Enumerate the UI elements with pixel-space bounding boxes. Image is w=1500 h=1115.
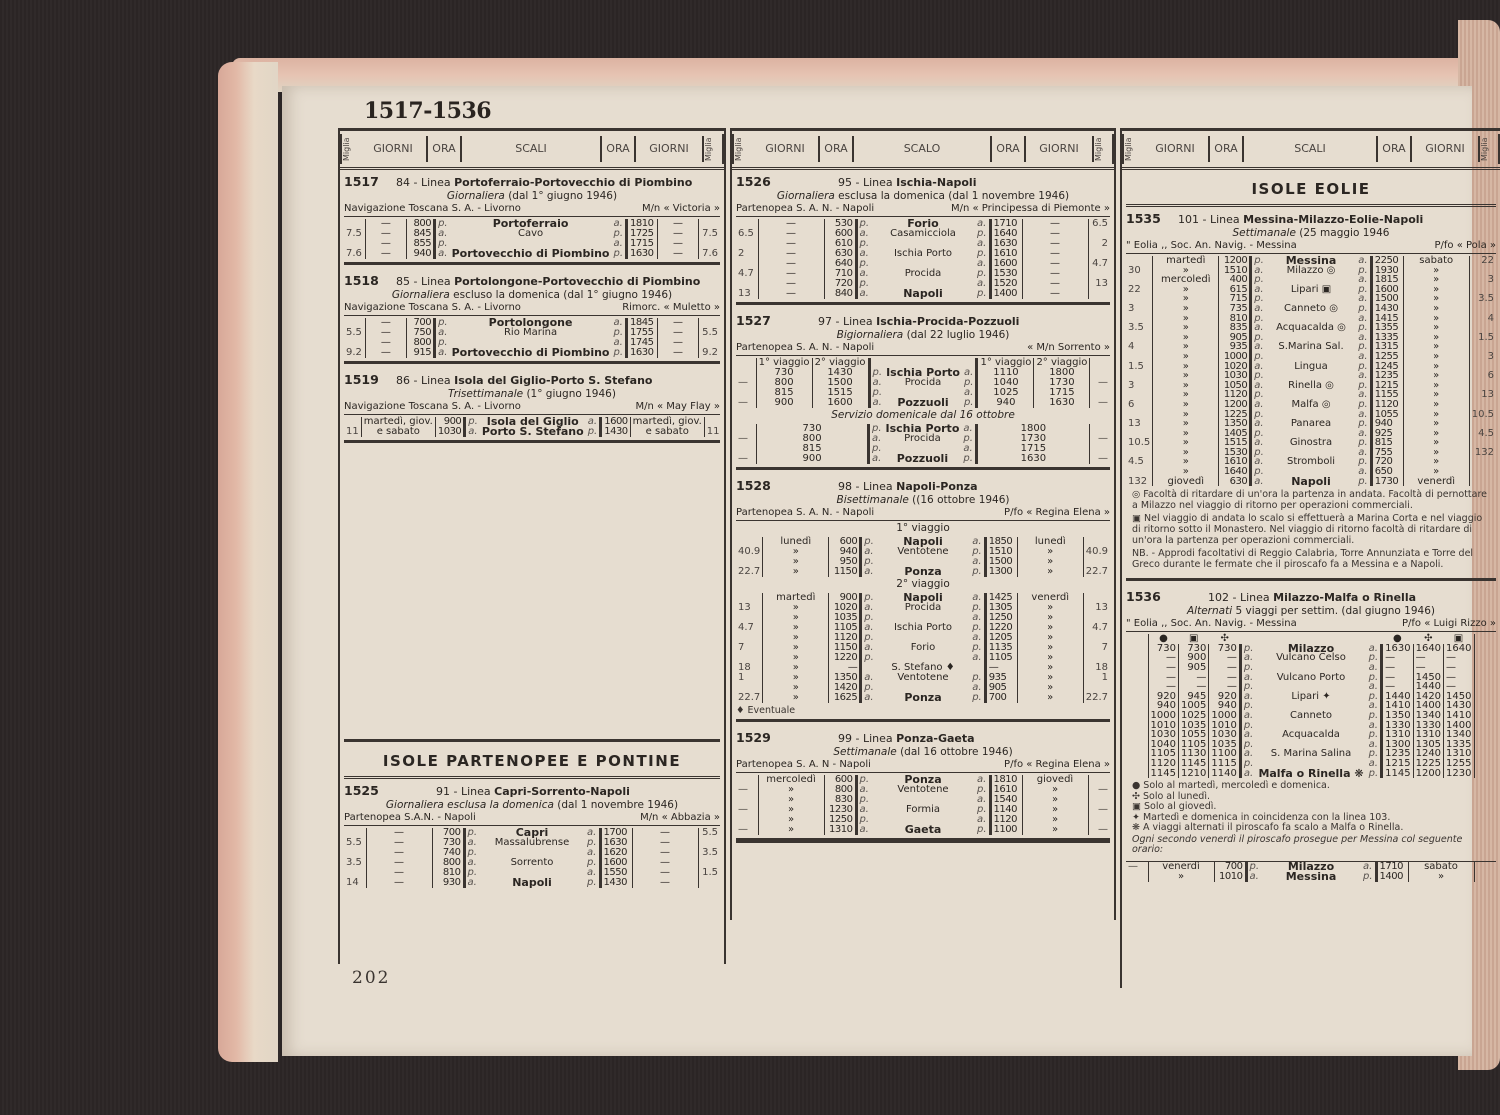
vessel: M/n « Abbazia » (640, 812, 720, 823)
time-return: 1630 (627, 348, 658, 358)
days-return: — (632, 878, 698, 888)
vessel: M/n « May Flay » (635, 401, 720, 412)
schedule-table: —700p.Portolongonea.1845—5.5—750a.Rio Ma… (344, 318, 720, 358)
book-page-edges-left (218, 62, 278, 1062)
distance-outbound: — (736, 378, 756, 388)
distance-outbound (1126, 759, 1148, 769)
time-trip-2: 1600 (812, 398, 869, 408)
port-name: Pozzuoli (884, 454, 962, 464)
eventuale-note: ♦ Eventuale (736, 705, 1110, 716)
arr-dep-flag: a. (856, 289, 871, 299)
time-trip-1: 900 (756, 398, 812, 408)
days-return: » (1017, 567, 1083, 577)
miglia-header: Miglia (704, 134, 724, 164)
giorni-header: GIORNI (1142, 136, 1210, 162)
line-number: 101 - Linea (1178, 213, 1240, 226)
miglia-header: Miglia (1094, 134, 1114, 164)
port-name: S.Marina Sal. (1266, 342, 1356, 352)
timetable-row: 5.5—750a.Rio Marinap.1755—5.5 (344, 328, 720, 338)
distance-outbound: 3 (1126, 381, 1153, 391)
section-1535: 1535 101 - Linea Messina-Milazzo-Eolie-N… (1122, 207, 1500, 581)
port-name: Portovecchio di Piombino (450, 249, 612, 259)
schedule-table: —530p.Forioa.1710—6.56.5—600a.Casamiccio… (736, 219, 1110, 299)
time-return: 1730 (1371, 477, 1403, 487)
timetable-row: 11e sabato1030a.Porto S. Stefanop.1430e … (344, 427, 722, 437)
ora-header: ORA (602, 136, 636, 162)
time-outbound: 1150 (829, 567, 861, 577)
distance-return: — (1089, 434, 1110, 444)
operator: " Eolia ,, Soc. An. Navig. - Messina (1126, 240, 1297, 251)
distance-outbound: 6.5 (736, 229, 758, 239)
port-name: Malfa o Rinella ❋ (1255, 769, 1366, 779)
distance-return: 10.5 (1469, 410, 1496, 420)
arr-dep-flag: p. (586, 427, 601, 437)
port-name: Porto S. Stefano (480, 427, 586, 437)
distance-return (1474, 653, 1496, 663)
validity: ((16 ottobre 1946) (912, 494, 1009, 506)
timetable-row: 6»1200a.Malfa ◎p.1120» (1126, 400, 1496, 410)
sunday-schedule-table: 730p.Ischia Portoa.1800—800a.Procidap.17… (736, 424, 1110, 464)
distance-return: 4.7 (1088, 259, 1110, 269)
distance-return: — (1090, 398, 1110, 408)
distance-return: — (1089, 454, 1110, 464)
validity: (1° giugno 1946) (526, 388, 616, 400)
arr-dep-flag: a. (464, 878, 479, 888)
schedule-table-trip-1: lunedì600p.Napolia.1850lunedì40.9»940a.V… (736, 537, 1110, 577)
timetable-row: —9001600a.Pozzuolip.9401630— (736, 398, 1110, 408)
distance-return: 11 (704, 427, 721, 437)
distance-outbound: 4.7 (736, 623, 763, 633)
time-return: 1630 (976, 454, 1089, 464)
time-return: 1430 (601, 427, 630, 437)
blank-bleed-through-area (340, 447, 724, 739)
port-name: Napoli (871, 289, 975, 299)
time-outbound: 915 (407, 348, 435, 358)
timetable-row: —800a.Procidap.1730— (736, 434, 1110, 444)
port-name: Acquacalda ◎ (1266, 323, 1356, 333)
days-return: — (657, 249, 698, 259)
time-outbound: 930 (432, 878, 464, 888)
time-return: 1400 (1376, 872, 1408, 882)
port-name: Forio (876, 643, 970, 653)
frequency: Settimanale (833, 746, 896, 758)
time-return-c: 1230 (1444, 769, 1474, 779)
page-range-header: 1517-1536 (364, 98, 491, 124)
time-outbound: 1310 (824, 825, 856, 835)
validity: esclusa la domenica (dal 1 novembre 1946… (838, 190, 1069, 202)
frequency: Giornaliera (777, 190, 835, 202)
distance-return: 2 (1088, 239, 1110, 249)
operator: Navigazione Toscana S. A. - Livorno (344, 302, 521, 313)
distance-return (1474, 711, 1496, 721)
distance-return (1088, 289, 1110, 299)
days-outbound: — (758, 289, 824, 299)
days-outbound: » (763, 567, 829, 577)
giorni-header: GIORNI (636, 136, 704, 162)
arr-dep-flag: p. (970, 693, 985, 703)
distance-outbound: 4.7 (736, 269, 758, 279)
distance-return: 13 (1088, 279, 1110, 289)
schedule-table: mercoledì600p.Ponzaa.1810giovedì—»800a.V… (736, 775, 1110, 835)
distance-return (1474, 861, 1496, 872)
arr-dep-flag: p. (975, 825, 990, 835)
time-return-b: 1200 (1413, 769, 1443, 779)
days-outbound: — (366, 878, 432, 888)
distance-outbound: 4.5 (1126, 457, 1153, 467)
section-divider (344, 262, 720, 265)
distance-return (1474, 663, 1496, 673)
distance-outbound: 2 (736, 249, 758, 259)
distance-outbound (1126, 682, 1148, 692)
time-return-trip-1: 940 (977, 398, 1034, 408)
footnote-nb: NB. - Approdi facoltativi di Reggio Cala… (1132, 548, 1490, 570)
distance-outbound (1126, 872, 1148, 882)
distance-outbound (1126, 663, 1148, 673)
distance-outbound: 1.5 (1126, 362, 1153, 372)
friday-extension-table: —venerdì700p.Milazzoa.1710sabato»1010a.M… (1126, 861, 1496, 882)
distance-outbound: 9.2 (344, 348, 365, 358)
section-divider (736, 467, 1110, 470)
footnote-delay-symbol: ◎ Facoltà di ritardare di un'ora la part… (1132, 489, 1490, 511)
days-return: » (1408, 872, 1474, 882)
distance-return: 22.7 (1083, 693, 1110, 703)
section-number: 1518 (344, 273, 386, 288)
line-number: 99 - Linea (838, 732, 893, 745)
timetable-row: 4»935a.S.Marina Sal.p.1315» (1126, 342, 1496, 352)
timetable-row: 22.7»1625a.Ponzap.700»22.7 (736, 693, 1110, 703)
vessel: P/fo « Pola » (1434, 240, 1496, 251)
section-1526: 1526 95 - Linea Ischia-Napoli Giornalier… (732, 170, 1114, 305)
distance-outbound (1126, 692, 1148, 702)
distance-return (1474, 749, 1496, 759)
validity: (dal 1 novembre 1946) (557, 799, 678, 811)
section-1519: 1519 86 - Linea Isola del Giglio-Porto S… (340, 368, 724, 443)
distance-outbound: — (1126, 861, 1148, 872)
trip-1-label: 1° viaggio (736, 521, 1110, 535)
port-name: Lipari ▣ (1266, 285, 1356, 295)
distance-outbound: 22.7 (736, 693, 763, 703)
timetable-row: 13»1350a.Panareap.940» (1126, 419, 1496, 429)
port-name: Lipari ✦ (1255, 692, 1366, 702)
distance-return: 4 (1469, 314, 1496, 324)
line-number: 84 - Linea (396, 176, 451, 189)
arr-dep-flag: a. (868, 454, 883, 464)
section-1518: 1518 85 - Linea Portolongone-Portovecchi… (340, 269, 724, 364)
distance-return: 7.6 (699, 249, 720, 259)
days-return: e sabato (630, 427, 704, 437)
distance-outbound: 13 (1126, 419, 1153, 429)
scali-header: SCALI (462, 136, 602, 162)
port-name: Sorrento (479, 858, 585, 868)
vessel: P/fo « Luigi Rizzo » (1402, 618, 1496, 629)
arr-dep-flag: a. (861, 693, 876, 703)
distance-return (1474, 730, 1496, 740)
distance-return (1474, 673, 1496, 683)
section-number: 1525 (344, 783, 386, 798)
section-number: 1536 (1126, 589, 1168, 604)
port-name: Portovecchio di Piombino (450, 348, 612, 358)
arr-dep-flag: a. (465, 427, 480, 437)
port-name: Pozzuoli (884, 398, 962, 408)
distance-return: — (1088, 805, 1110, 815)
miglia-header: Miglia (1480, 134, 1500, 164)
port-name: Formia (871, 805, 975, 815)
distance-return: 5.5 (698, 828, 720, 838)
schedule-table: martedì, giov.900p.Isola del Giglioa.160… (344, 417, 722, 437)
timetable-row: 7.6—940a.Portovecchio di Piombinop.1630—… (344, 249, 720, 259)
time-outbound: 1030 (435, 427, 464, 437)
region-title-partenopee: ISOLE PARTENOPEE E PONTINE (344, 739, 720, 779)
section-number: 1526 (736, 174, 778, 189)
time-return-a: 1145 (1382, 769, 1413, 779)
ora-header: ORA (992, 136, 1026, 162)
distance-return: 1 (1083, 673, 1110, 683)
timetable-row: 1.5»1020a.Linguap.1245» (1126, 362, 1496, 372)
arr-dep-flag: a. (1251, 477, 1266, 487)
scali-header: SCALI (1244, 136, 1378, 162)
distance-outbound: 5.5 (344, 328, 365, 338)
operator: Navigazione Toscana S. A. - Livorno (344, 401, 521, 412)
scalo-header: SCALO (854, 136, 992, 162)
port-name: Vulcano Porto (1255, 673, 1366, 683)
section-number: 1517 (344, 174, 386, 189)
distance-return (1474, 759, 1496, 769)
port-name: Lingua (1266, 362, 1356, 372)
distance-return (1474, 769, 1496, 779)
legend-1536: ● Solo al martedì, mercoledì e domenica.… (1126, 778, 1496, 859)
arr-dep-flag: a. (435, 348, 450, 358)
route-name: Napoli-Ponza (896, 480, 977, 493)
distance-return: 5.5 (699, 328, 720, 338)
giorni-header: GIORNI (752, 136, 820, 162)
operator: Partenopea S.A.N. - Napoli (344, 812, 476, 823)
port-name: Napoli (479, 878, 585, 888)
section-number: 1529 (736, 730, 778, 745)
distance-outbound: 5.5 (344, 838, 366, 848)
schedule-table-two-trips: 1° viaggio 2° viaggio 1° viaggio 2° viag… (736, 358, 1110, 408)
port-name: Milazzo ◎ (1266, 266, 1356, 276)
arr-dep-flag: p. (612, 348, 627, 358)
route-name: Isola del Giglio-Porto S. Stefano (454, 374, 652, 387)
distance-outbound (1126, 730, 1148, 740)
arr-dep-flag: a. (856, 825, 871, 835)
time-return: 1300 (985, 567, 1017, 577)
schedule-table-three-services: ● ▣ ✣ ● ✣ ▣ 730730730p.Milazzoa.16301640… (1126, 634, 1496, 778)
port-name: Procida (884, 434, 962, 444)
distance-return: 7 (1083, 643, 1110, 653)
port-name: Gaeta (871, 825, 975, 835)
route-name: Capri-Sorrento-Napoli (494, 785, 630, 798)
legend-asterisk: ❋ A viaggi alternati il piroscafo fa sca… (1132, 823, 1490, 834)
port-name: S. Marina Salina (1255, 749, 1366, 759)
operator: Partenopea S. A. N. - Napoli (736, 203, 874, 214)
arr-dep-flag: p. (585, 878, 600, 888)
section-divider (344, 440, 720, 443)
arr-dep-flag: p. (1356, 477, 1371, 487)
section-divider (1126, 578, 1496, 581)
line-number: 102 - Linea (1208, 591, 1270, 604)
port-name: Ventotene (876, 673, 970, 683)
section-number: 1519 (344, 372, 386, 387)
distance-outbound: 11 (344, 427, 361, 437)
route-name: Ischia-Napoli (896, 176, 976, 189)
distance-return: 3.5 (698, 848, 720, 858)
section-divider (736, 302, 1110, 305)
schedule-table: —800p.Portoferraioa.1810—7.5—845a.Cavop.… (344, 219, 720, 259)
days-return: — (1022, 289, 1088, 299)
timetable-row: 3.5»835a.Acquacalda ◎p.1355» (1126, 323, 1496, 333)
port-name: Canneto (1255, 711, 1366, 721)
section-divider (736, 719, 1110, 722)
page-number: 202 (352, 968, 390, 988)
days-outbound: giovedì (1153, 477, 1219, 487)
section-divider (344, 361, 720, 364)
friday-extension-note: Ogni secondo venerdì il piroscafo proseg… (1132, 835, 1490, 856)
timetable-row: 10.5»1515a.Ginostrap.815» (1126, 438, 1496, 448)
route-name: Portoferraio-Portovecchio di Piombino (454, 176, 692, 189)
route-name: Messina-Milazzo-Eolie-Napoli (1243, 213, 1423, 226)
time-outbound: 1625 (829, 693, 861, 703)
distance-outbound (1126, 749, 1148, 759)
distance-return: 132 (1469, 448, 1496, 458)
timetable-row: —»1310a.Gaetap.1100»— (736, 825, 1110, 835)
days-return: » (1017, 693, 1083, 703)
port-name: Rio Marina (450, 328, 612, 338)
timetable-row: 4.5»1610a.Strombolip.720» (1126, 457, 1496, 467)
ora-header: ORA (1378, 136, 1412, 162)
section-1525: 1525 91 - Linea Capri-Sorrento-Napoli Gi… (340, 779, 724, 888)
section-1527: 1527 97 - Linea Ischia-Procida-Pozzuoli … (732, 309, 1114, 470)
distance-return (1474, 740, 1496, 750)
distance-outbound: 13 (736, 603, 763, 613)
distance-outbound: 3 (1126, 304, 1153, 314)
distance-return: 22 (1469, 256, 1496, 266)
distance-return (1474, 872, 1496, 882)
footnotes-1535: ◎ Facoltà di ritardare di un'ora la part… (1126, 486, 1496, 575)
arr-dep-flag: a. (861, 567, 876, 577)
frequency: Giornaliera esclusa la domenica (386, 799, 554, 811)
days-outbound: » (1148, 872, 1214, 882)
distance-return: 40.9 (1083, 547, 1110, 557)
route-name: Ischia-Procida-Pozzuoli (876, 315, 1019, 328)
distance-outbound: 3.5 (1126, 323, 1153, 333)
column-header: Miglia GIORNI ORA SCALI ORA GIORNI Migli… (1122, 128, 1500, 170)
distance-return: — (1088, 785, 1110, 795)
distance-outbound: — (736, 434, 757, 444)
frequency: Bigiornaliera (837, 329, 904, 341)
vessel: P/fo « Regina Elena » (1004, 759, 1110, 770)
giorni-header: GIORNI (1412, 136, 1480, 162)
distance-outbound (1126, 673, 1148, 683)
distance-return (1469, 457, 1496, 467)
arr-dep-flag: p. (1367, 769, 1382, 779)
distance-return: 7.5 (699, 229, 720, 239)
operator: Partenopea S. A. N. - Napoli (736, 507, 874, 518)
timetable-row: 3»1050a.Rinella ◎p.1215» (1126, 381, 1496, 391)
distance-return: 4.7 (1083, 623, 1110, 633)
frequency: Bisettimanale (836, 494, 908, 506)
distance-return (1474, 682, 1496, 692)
section-1528: 1528 98 - Linea Napoli-Ponza Bisettimana… (732, 474, 1114, 722)
distance-return: — (1088, 825, 1110, 835)
days-outbound: — (365, 249, 406, 259)
distance-outbound: — (736, 805, 758, 815)
time-service-a: 1145 (1148, 769, 1178, 779)
distance-outbound: 10.5 (1126, 438, 1153, 448)
distance-return: 3 (1469, 352, 1496, 362)
line-number: 95 - Linea (838, 176, 893, 189)
arr-dep-flag: p. (975, 289, 990, 299)
distance-outbound: 3.5 (344, 858, 366, 868)
operator: " Eolia ,, Soc. An. Navig. - Messina (1126, 618, 1297, 629)
time-return: 1430 (600, 878, 632, 888)
distance-return: 4.5 (1469, 429, 1496, 439)
port-name: Panarea (1266, 419, 1356, 429)
distance-return: 13 (1083, 603, 1110, 613)
miglia-header: Miglia (340, 134, 360, 164)
vessel: M/n « Principessa di Piemonte » (951, 203, 1110, 214)
days-outbound: » (763, 693, 829, 703)
distance-return: 1.5 (1469, 333, 1496, 343)
timetable-row: 22.7»1150a.Ponzap.1300»22.7 (736, 567, 1110, 577)
section-1529: 1529 99 - Linea Ponza-Gaeta Settimanale … (732, 726, 1114, 843)
schedule-table-trip-2: martedì900p.Napolia.1425venerdì13»1020a.… (736, 593, 1110, 703)
time-outbound: 840 (824, 289, 856, 299)
days-return: » (1022, 825, 1088, 835)
distance-outbound (1126, 740, 1148, 750)
arr-dep-flag: p. (961, 454, 976, 464)
miglia-header: Miglia (1122, 134, 1142, 164)
vessel: Rimorc. « Muletto » (622, 302, 720, 313)
distance-return (1474, 692, 1496, 702)
validity: (dal 16 ottobre 1946) (900, 746, 1013, 758)
port-name: Procida (884, 378, 962, 388)
distance-outbound: 22 (1126, 285, 1153, 295)
port-name: Canneto ◎ (1266, 304, 1356, 314)
ora-header: ORA (820, 136, 854, 162)
port-name: Messina (1261, 872, 1361, 882)
schedule-table: martedì1200p.Messinaa.2250sabato2230»151… (1126, 256, 1496, 486)
operator: Partenopea S. A. N - Napoli (736, 759, 871, 770)
distance-return: 3.5 (1469, 294, 1496, 304)
miglia-header: Miglia (732, 134, 752, 164)
operator: Partenopea S. A. N. - Napoli (736, 342, 874, 353)
days-outbound: e sabato (361, 427, 435, 437)
vessel: P/fo « Regina Elena » (1004, 507, 1110, 518)
route-name: Ponza-Gaeta (896, 732, 974, 745)
distance-outbound (1126, 711, 1148, 721)
timetable-row: 114512101140a.Malfa o Rinella ❋p.1145120… (1126, 769, 1496, 779)
section-number: 1527 (736, 313, 778, 328)
column-middle: Miglia GIORNI ORA SCALO ORA GIORNI Migli… (730, 128, 1116, 920)
line-number: 97 - Linea (818, 315, 873, 328)
distance-outbound: — (736, 398, 756, 408)
distance-outbound: 7 (736, 643, 763, 653)
timetable-row: 22»615a.Lipari ▣p.1600» (1126, 285, 1496, 295)
time-outbound: 900 (757, 454, 869, 464)
vessel: « M/n Sorrento » (1027, 342, 1110, 353)
time-outbound: 940 (407, 249, 435, 259)
port-name: Ischia Porto (876, 623, 970, 633)
frequency: Alternati (1187, 605, 1232, 617)
port-name: Vulcano Celso (1255, 653, 1366, 663)
distance-outbound: 30 (1126, 266, 1153, 276)
frequency: Giornaliera (392, 289, 450, 301)
arr-dep-flag: p. (970, 567, 985, 577)
line-number: 86 - Linea (396, 374, 451, 387)
timetable-row: 7.5—845a.Cavop.1725—7.5 (344, 229, 720, 239)
arr-dep-flag: a. (435, 249, 450, 259)
